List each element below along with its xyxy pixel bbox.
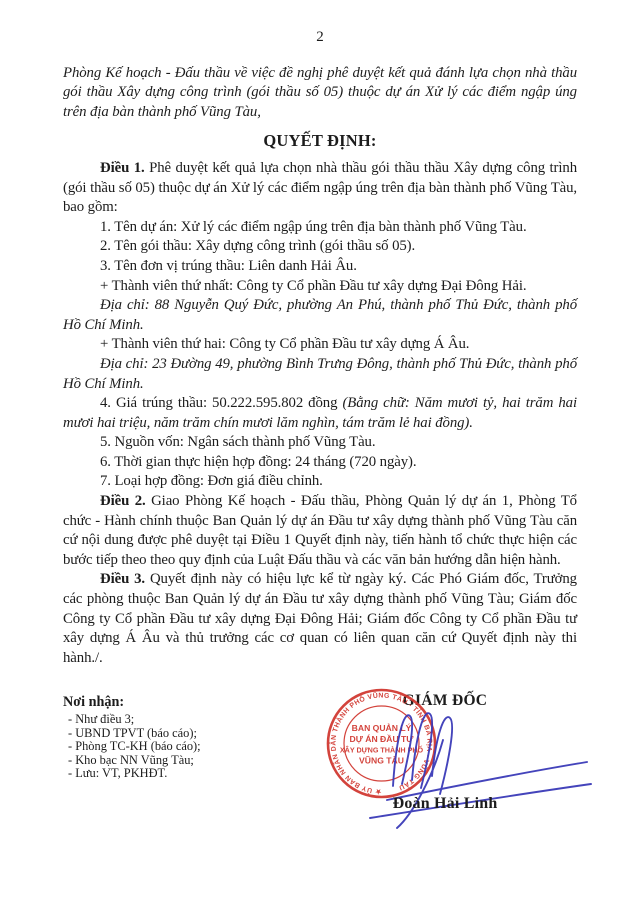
article-1-item-2: 2. Tên gói thầu: Xây dựng công trình (gó… xyxy=(63,237,577,257)
stamp-center-line-2: DỰ ÁN ĐẦU TƯ xyxy=(350,734,415,744)
member-1-address: Địa chỉ: 88 Nguyễn Quý Đức, phường An Ph… xyxy=(63,296,577,335)
stamp-center-line-4: VŨNG TÀU xyxy=(359,756,404,766)
document-page: 2 Phòng Kế hoạch - Đấu thầu về việc đề n… xyxy=(0,0,640,905)
article-3: Điều 3. Quyết định này có hiệu lực kể từ… xyxy=(63,570,577,668)
stamp-center-line-1: BAN QUẢN LÝ xyxy=(352,722,412,733)
recipient-item: - UBND TPVT (báo cáo); xyxy=(63,727,303,741)
document-body: 2 Phòng Kế hoạch - Đấu thầu về việc đề n… xyxy=(63,28,577,668)
signer-name: Đoàn Hải Linh xyxy=(330,795,560,813)
recipient-item: - Phòng TC-KH (báo cáo); xyxy=(63,740,303,754)
article-1: Điều 1. Phê duyệt kết quả lựa chọn nhà t… xyxy=(63,159,577,218)
member-1: + Thành viên thứ nhất: Công ty Cổ phần Đ… xyxy=(63,277,577,297)
article-1-item-7: 7. Loại hợp đồng: Đơn giá điều chỉnh. xyxy=(63,472,577,492)
article-1-label: Điều 1. xyxy=(100,160,145,176)
article-1-item-1: 1. Tên dự án: Xử lý các điểm ngập úng tr… xyxy=(63,218,577,238)
article-2-label: Điều 2. xyxy=(100,493,146,509)
member-2: + Thành viên thứ hai: Công ty Cổ phần Đầ… xyxy=(63,335,577,355)
decision-heading: QUYẾT ĐỊNH: xyxy=(63,131,577,151)
article-3-label: Điều 3. xyxy=(100,571,145,587)
article-1-item-6: 6. Thời gian thực hiện hợp đồng: 24 thán… xyxy=(63,453,577,473)
recipients-label: Nơi nhận: xyxy=(63,694,303,711)
page-number: 2 xyxy=(63,28,577,48)
recipient-item: - Kho bạc NN Vũng Tàu; xyxy=(63,754,303,768)
article-2: Điều 2. Giao Phòng Kế hoạch - Đấu thầu, … xyxy=(63,492,577,570)
recipients-block: Nơi nhận: - Như điều 3; - UBND TPVT (báo… xyxy=(63,694,303,781)
item-4-value: 4. Giá trúng thầu: 50.222.595.802 đồng xyxy=(100,395,337,411)
stamp-center-line-3: XÂY DỰNG THÀNH PHỐ xyxy=(340,745,424,755)
official-red-stamp: ★ ỦY BAN NHÂN DÂN THÀNH PHỐ VŨNG TÀU - T… xyxy=(325,687,438,800)
recipient-item: - Như điều 3; xyxy=(63,713,303,727)
intro-paragraph: Phòng Kế hoạch - Đấu thầu về việc đề ngh… xyxy=(63,64,577,123)
article-1-item-5: 5. Nguồn vốn: Ngân sách thành phố Vũng T… xyxy=(63,433,577,453)
member-2-address: Địa chỉ: 23 Đường 49, phường Bình Trưng … xyxy=(63,355,577,394)
recipient-item: - Lưu: VT, PKHĐT. xyxy=(63,767,303,781)
article-1-item-3: 3. Tên đơn vị trúng thầu: Liên danh Hải … xyxy=(63,257,577,277)
article-1-item-4: 4. Giá trúng thầu: 50.222.595.802 đồng (… xyxy=(63,394,577,433)
